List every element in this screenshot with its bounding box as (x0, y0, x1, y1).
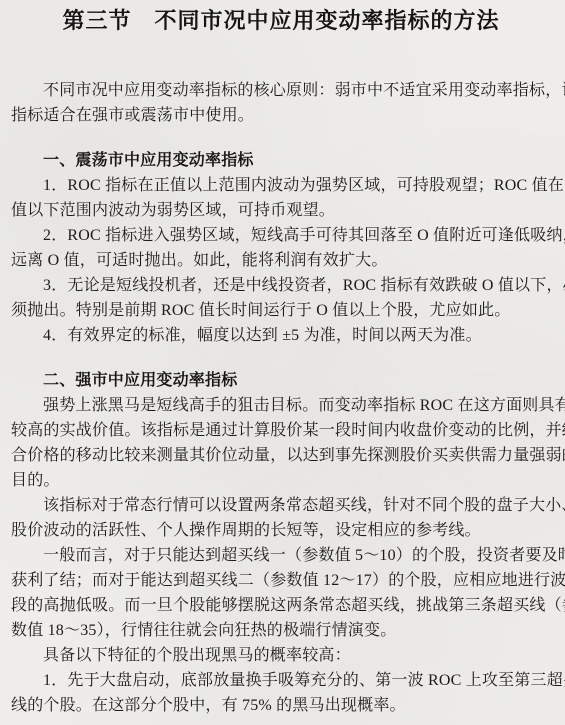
text-line: 数值 18～35），行情往往就会向狂热的极端行情演变。 (11, 618, 551, 643)
document-body: 不同市况中应用变动率指标的核心原则：弱市中不适宜采用变动率指标，该指标适合在强市… (11, 78, 551, 718)
text-line: 较高的实战价值。该指标是通过计算股价某一段时间内收盘价变动的比例，并结 (11, 418, 551, 443)
text-line: 股价波动的活跃性、个人操作周期的长短等，设定相应的参考线。 (11, 518, 551, 543)
text-line: 值以下范围内波动为弱势区域，可持币观望。 (11, 198, 551, 223)
text-line: 线的个股。在这部分个股中，有 75% 的黑马出现概率。 (11, 693, 551, 718)
paragraph: 强势上涨黑马是短线高手的狙击目标。而变动率指标 ROC 在这方面则具有较高的实战… (11, 393, 551, 493)
text-line: 4．有效界定的标准，幅度以达到 ±5 为准，时间以两天为准。 (11, 323, 551, 348)
paragraph: 2．ROC 指标进入强势区域，短线高手可待其回落至 O 值附近可逢低吸纳，远离 … (11, 223, 551, 273)
text-line: 1．先于大盘启动，底部放量换手吸筹充分的、第一波 ROC 上攻至第三超买 (11, 668, 551, 693)
paragraph: 1．先于大盘启动，底部放量换手吸筹充分的、第一波 ROC 上攻至第三超买线的个股… (11, 668, 551, 718)
text-line: 目的。 (11, 468, 551, 493)
paragraph: 具备以下特征的个股出现黑马的概率较高： (11, 643, 551, 668)
paragraph: 4．有效界定的标准，幅度以达到 ±5 为准，时间以两天为准。 (11, 323, 551, 348)
text-line: 指标适合在强市或震荡市中使用。 (11, 103, 551, 128)
text-line: 不同市况中应用变动率指标的核心原则：弱市中不适宜采用变动率指标，该 (11, 78, 551, 103)
document-page: 第三节 不同市况中应用变动率指标的方法 不同市况中应用变动率指标的核心原则：弱市… (0, 0, 565, 725)
paragraph: 3．无论是短线投机者，还是中线投资者，ROC 指标有效跌破 O 值以下，必须抛出… (11, 273, 551, 323)
text-line: 二、强市中应用变动率指标 (11, 368, 551, 393)
paragraph: 该指标对于常态行情可以设置两条常态超买线，针对不同个股的盘子大小、股价波动的活跃… (11, 493, 551, 543)
text-line: 远离 O 值，可适时抛出。如此，能将利润有效扩大。 (11, 248, 551, 273)
text-line: 获利了结；而对于能达到超买线二（参数值 12～17）的个股，应相应地进行波 (11, 568, 551, 593)
paragraph: 1．ROC 指标在正值以上范围内波动为强势区域，可持股观望；ROC 值在负值以下… (11, 173, 551, 223)
paragraph: 一般而言，对于只能达到超买线一（参数值 5～10）的个股，投资者要及时获利了结；… (11, 543, 551, 643)
section-heading: 一、震荡市中应用变动率指标 (11, 148, 551, 173)
paragraph: 不同市况中应用变动率指标的核心原则：弱市中不适宜采用变动率指标，该指标适合在强市… (11, 78, 551, 128)
text-line: 2．ROC 指标进入强势区域，短线高手可待其回落至 O 值附近可逢低吸纳， (11, 223, 551, 248)
text-line: 3．无论是短线投机者，还是中线投资者，ROC 指标有效跌破 O 值以下，必 (11, 273, 551, 298)
text-line: 一般而言，对于只能达到超买线一（参数值 5～10）的个股，投资者要及时 (11, 543, 551, 568)
text-line: 1．ROC 指标在正值以上范围内波动为强势区域，可持股观望；ROC 值在负 (11, 173, 551, 198)
page-title: 第三节 不同市况中应用变动率指标的方法 (11, 6, 551, 36)
text-line: 段的高抛低吸。而一旦个股能够摆脱这两条常态超买线，挑战第三条超买线（参 (11, 593, 551, 618)
text-line: 合价格的移动比较来测量其价位动量，以达到事先探测股价买卖供需力量强弱的 (11, 443, 551, 468)
text-line: 一、震荡市中应用变动率指标 (11, 148, 551, 173)
section-heading: 二、强市中应用变动率指标 (11, 368, 551, 393)
text-line: 该指标对于常态行情可以设置两条常态超买线，针对不同个股的盘子大小、 (11, 493, 551, 518)
text-line: 强势上涨黑马是短线高手的狙击目标。而变动率指标 ROC 在这方面则具有 (11, 393, 551, 418)
text-line: 具备以下特征的个股出现黑马的概率较高： (11, 643, 551, 668)
text-line: 须抛出。特别是前期 ROC 值长时间运行于 O 值以上个股，尤应如此。 (11, 298, 551, 323)
